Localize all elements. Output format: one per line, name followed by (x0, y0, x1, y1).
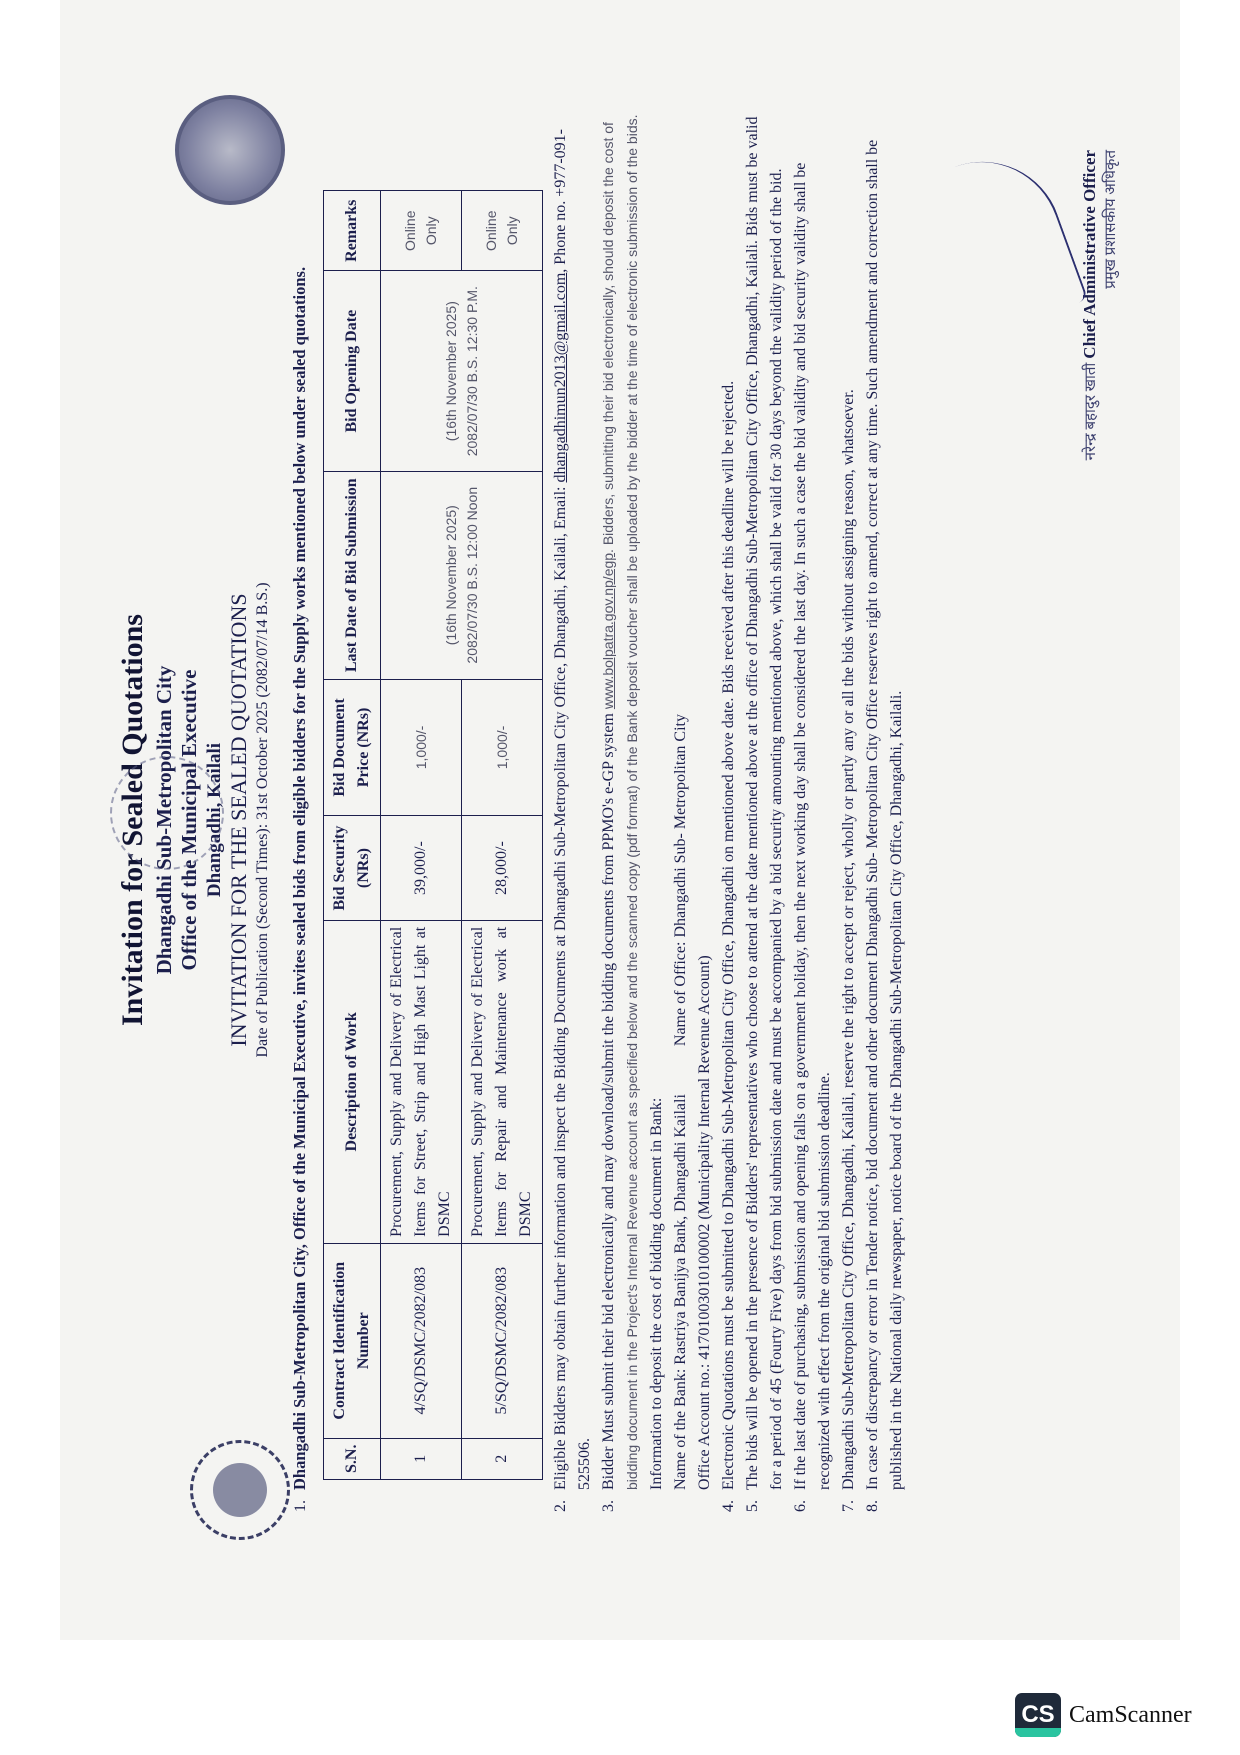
notice-heading: INVITATION FOR THE SEALED QUOTATIONS (226, 110, 253, 1530)
item-8: In case of discrepancy or error in Tende… (861, 110, 909, 1496)
table-header-row: S.N. Contract Identification Number Desc… (324, 191, 381, 1480)
signature-icon (944, 139, 1089, 330)
col-doc-price: Bid Document Price (NRs) (324, 679, 381, 816)
government-emblem-icon (190, 1440, 290, 1540)
table-row: 1 4/SQ/DSMC/2082/083 Procurement, Supply… (381, 191, 462, 1480)
cell-contract-id: 5/SQ/DSMC/2082/083 (462, 1243, 543, 1438)
cell-bid-security: 39,000/- (381, 816, 462, 920)
item-2: Eligible Bidders may obtain further info… (549, 110, 597, 1496)
office-name-line: Name of Office: Dhangadhi Sub- Metropoli… (672, 714, 689, 1046)
item-4: Electronic Quotations must be submitted … (717, 110, 741, 1496)
office-stamp-icon (110, 756, 224, 870)
col-contract-id: Contract Identification Number (324, 1243, 381, 1438)
cell-description: Procurement, Supply and Delivery of Elec… (462, 920, 543, 1243)
rotated-document-page: Invitation for Sealed Quotations Dhangad… (60, 0, 1180, 1640)
municipality-seal-icon (175, 95, 285, 205)
camscanner-logo-icon: CS (1015, 1693, 1061, 1737)
signatory-line: नरेन्द्र बहादुर खाती Chief Administrativ… (1080, 150, 1100, 460)
cell-sn: 2 (462, 1438, 543, 1479)
notice-items: Dhangadhi Sub-Metropolitan City, Office … (288, 110, 909, 1530)
item-7: Dhangadhi Sub-Metropolitan City Office, … (837, 110, 861, 1496)
item-5: The bids will be opened in the presence … (741, 110, 789, 1496)
signatory-name-nepali: नरेन्द्र बहादुर खाती (1083, 363, 1099, 461)
item-1: Dhangadhi Sub-Metropolitan City, Office … (288, 110, 543, 1496)
signature-block: नरेन्द्र बहादुर खाती Chief Administrativ… (970, 150, 1120, 460)
col-bid-security: Bid Security (NRs) (324, 816, 381, 920)
signatory-title: Chief Administrative Officer (1080, 150, 1099, 359)
item-3: Bidder Must submit their bid electronica… (597, 110, 717, 1496)
cell-last-date: (16th November 2025) 2082/07/30 B.S. 12:… (381, 471, 543, 679)
cell-opening-date: (16th November 2025) 2082/07/30 B.S. 12:… (381, 271, 543, 471)
col-description: Description of Work (324, 920, 381, 1243)
bids-table: S.N. Contract Identification Number Desc… (323, 190, 543, 1480)
bank-name: Name of the Bank: Rastriya Banijya Bank,… (672, 1094, 689, 1490)
col-remarks: Remarks (324, 191, 381, 272)
cell-doc-price: 1,000/- (462, 679, 543, 816)
camscanner-brand: CamScanner (1069, 1702, 1192, 1729)
email-link[interactable]: dhangadhimun2013@gmail.com (552, 273, 569, 483)
cell-contract-id: 4/SQ/DSMC/2082/083 (381, 1243, 462, 1438)
account-number: Office Account no.: 41701003010100002 (M… (693, 110, 717, 1490)
cell-bid-security: 28,000/- (462, 816, 543, 920)
cell-remarks: Online Only (381, 191, 462, 272)
signatory-title-nepali: प्रमुख प्रशासकीय अधिकृत (1100, 150, 1120, 460)
cell-doc-price: 1,000/- (381, 679, 462, 816)
bank-office-line: Name of the Bank: Rastriya Banijya Bank,… (669, 110, 693, 1490)
item-6: If the last date of purchasing, submissi… (789, 110, 837, 1496)
col-last-date: Last Date of Bid Submission (324, 471, 381, 679)
egp-link[interactable]: www.bolpatra.gov.np/egp (600, 553, 616, 709)
item-1-intro: Dhangadhi Sub-Metropolitan City, Office … (290, 267, 309, 1490)
col-opening-date: Bid Opening Date (324, 271, 381, 471)
col-sn: S.N. (324, 1438, 381, 1479)
bank-info-heading: Information to deposit the cost of biddi… (645, 110, 669, 1490)
publication-date: Date of Publication (Second Times): 31st… (253, 110, 273, 1530)
cell-remarks: Online Only (462, 191, 543, 272)
camscanner-watermark: CS CamScanner (1015, 1693, 1192, 1737)
cell-sn: 1 (381, 1438, 462, 1479)
cell-description: Procurement, Supply and Delivery of Elec… (381, 920, 462, 1243)
